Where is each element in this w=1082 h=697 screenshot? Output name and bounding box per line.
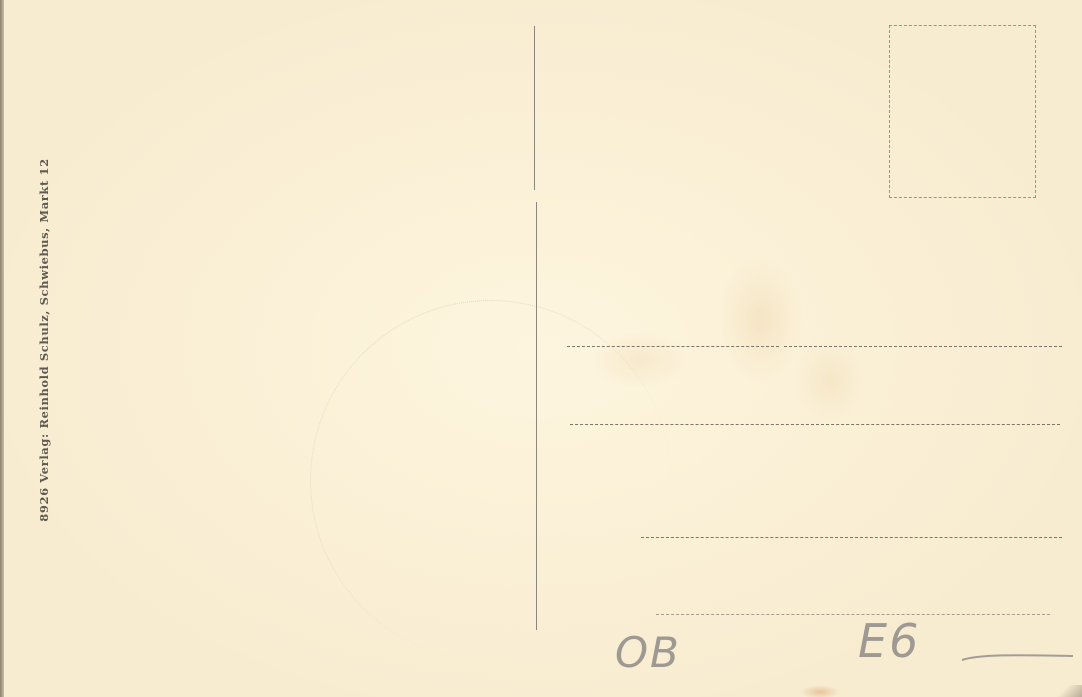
center-divider-top <box>534 26 535 190</box>
center-divider-bottom <box>536 202 537 630</box>
address-line-1b <box>784 346 1062 347</box>
stamp-box <box>889 25 1036 198</box>
pencil-note-e6: E6 <box>858 614 920 668</box>
paper-crease <box>310 300 671 661</box>
corner-wear <box>1042 685 1082 697</box>
pencil-stroke <box>960 652 1075 662</box>
postcard-back: 8926 Verlag: Reinhold Schulz, Schwiebus,… <box>0 0 1082 697</box>
address-line-3 <box>641 537 1062 538</box>
publisher-imprint: 8926 Verlag: Reinhold Schulz, Schwiebus,… <box>37 158 51 521</box>
address-line-1a <box>567 346 779 347</box>
address-line-4 <box>656 614 1050 615</box>
pencil-note-ob: OB <box>615 628 681 677</box>
stain-mark <box>800 685 840 697</box>
address-line-2 <box>570 424 1060 425</box>
card-edge <box>0 0 4 697</box>
